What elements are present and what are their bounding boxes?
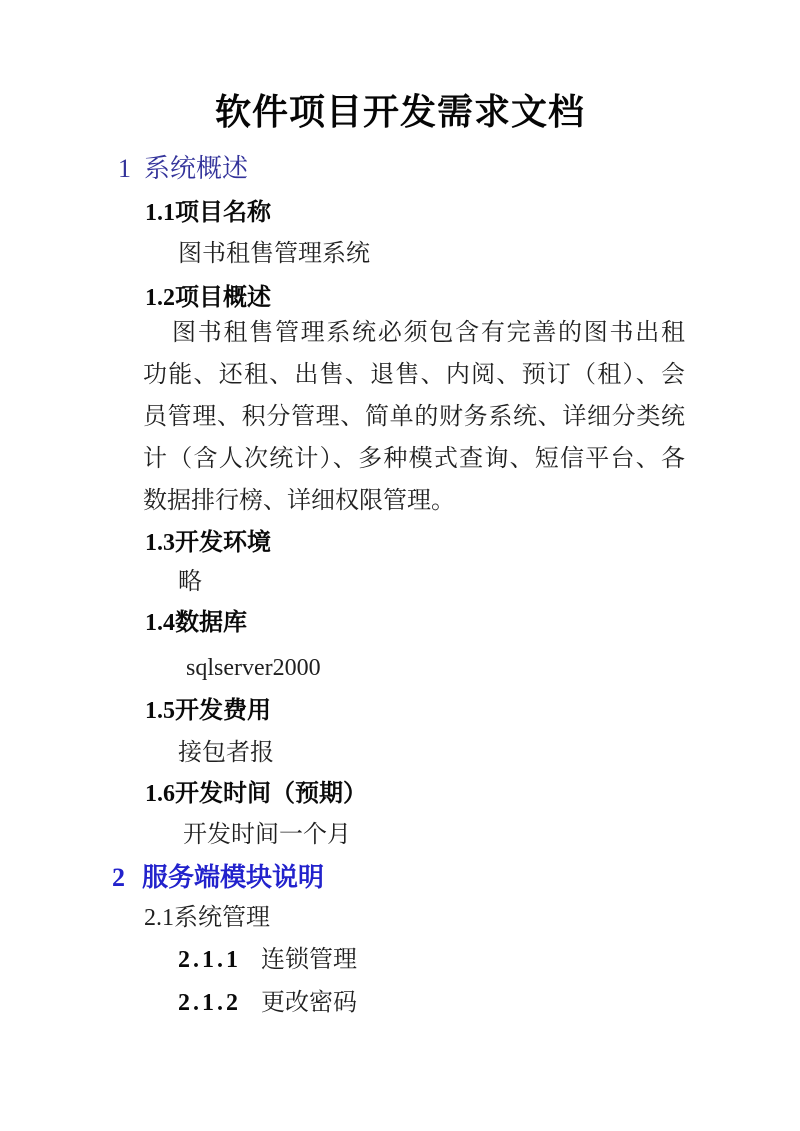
paragraph-line: 计（含人次统计）、多种模式查询、短信平台、各 [143,438,685,480]
paragraph-line: 图书租售管理系统必须包含有完善的图书出租 [143,312,685,354]
document-title: 软件项目开发需求文档 [0,90,800,135]
section-2-heading: 2服务端模块说明 [112,861,324,895]
section-1-heading: 1系统概述 [118,152,248,186]
heading-1-3-dev-environment: 1.3开发环境 [145,528,271,559]
section-1-title: 系统概述 [144,154,248,183]
heading-1-1-project-name: 1.1项目名称 [145,198,271,229]
section-2-title: 服务端模块说明 [142,863,324,892]
item-2-1-1-chain-management: 2.1.1连锁管理 [178,945,357,976]
item-2-1-2-number: 2.1.2 [178,990,241,1016]
paragraph-line: 功能、还租、出售、退售、内阅、预订（租）、会 [143,354,685,396]
heading-1-4-database: 1.4数据库 [145,608,247,639]
body-project-name: 图书租售管理系统 [178,239,370,270]
body-database: sqlserver2000 [186,653,321,684]
heading-1-2-project-overview: 1.2项目概述 [145,283,271,314]
body-dev-environment: 略 [178,567,202,598]
document-page: 软件项目开发需求文档 1系统概述 1.1项目名称 图书租售管理系统 1.2项目概… [0,0,800,1131]
item-2-1-2-change-password: 2.1.2更改密码 [178,988,357,1019]
section-2-number: 2 [112,861,125,895]
section-1-number: 1 [118,152,131,186]
heading-1-5-dev-cost: 1.5开发费用 [145,696,271,727]
item-2-1-1-title: 连锁管理 [261,947,357,973]
heading-2-1-system-management: 2.1系统管理 [144,903,270,934]
paragraph-line: 员管理、积分管理、简单的财务系统、详细分类统 [143,396,685,438]
paragraph-line: 数据排行榜、详细权限管理。 [143,480,685,522]
heading-1-6-dev-time: 1.6开发时间（预期） [145,779,367,810]
body-dev-cost: 接包者报 [178,738,274,769]
item-2-1-2-title: 更改密码 [261,990,357,1016]
body-dev-time: 开发时间一个月 [183,820,351,851]
item-2-1-1-number: 2.1.1 [178,947,241,973]
project-overview-paragraph: 图书租售管理系统必须包含有完善的图书出租 功能、还租、出售、退售、内阅、预订（租… [143,312,685,522]
